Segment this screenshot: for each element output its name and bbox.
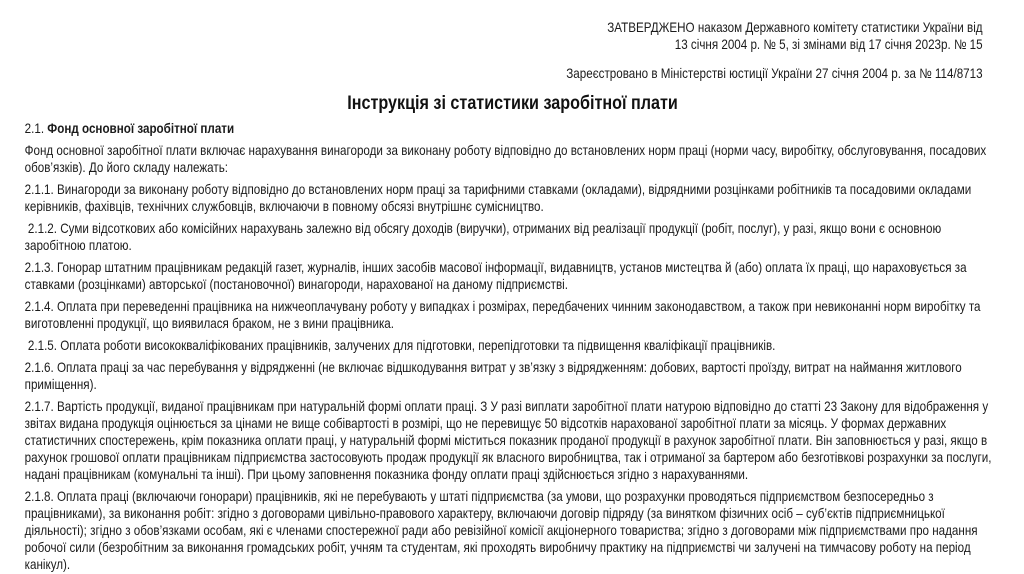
paragraph-intro: Фонд основної заробітної плати включає н…: [25, 142, 1001, 176]
document-title: Інструкція зі статистики заробітної плат…: [25, 92, 1001, 115]
paragraph-2-1-2: 2.1.2. Суми відсоткових або комісійних н…: [25, 220, 1001, 254]
section-number: 2.1.: [25, 121, 44, 136]
section-heading: 2.1. Фонд основної заробітної плати: [25, 120, 1001, 137]
page-content: ЗАТВЕРДЖЕНО наказом Державного комітету …: [0, 0, 1024, 573]
document-header: ЗАТВЕРДЖЕНО наказом Державного комітету …: [25, 19, 1001, 53]
paragraph-2-1-4: 2.1.4. Оплата при переведенні працівника…: [25, 298, 1001, 332]
approval-line-1: ЗАТВЕРДЖЕНО наказом Державного комітету …: [25, 19, 983, 36]
paragraph-2-1-6: 2.1.6. Оплата праці за час перебування у…: [25, 359, 1001, 393]
approval-block: ЗАТВЕРДЖЕНО наказом Державного комітету …: [25, 19, 983, 53]
document-page: ЗАТВЕРДЖЕНО наказом Державного комітету …: [0, 0, 1024, 573]
paragraph-2-1-7: 2.1.7. Вартість продукції, виданої праці…: [25, 398, 1001, 483]
paragraph-2-1-8: 2.1.8. Оплата праці (включаючи гонорари)…: [25, 488, 1001, 573]
paragraph-2-1-5: 2.1.5. Оплата роботи висококваліфіковани…: [25, 337, 1001, 354]
paragraph-2-1-3: 2.1.3. Гонорар штатним працівникам редак…: [25, 259, 1001, 293]
document-body: 2.1. Фонд основної заробітної плати Фонд…: [25, 120, 1001, 573]
registration-line: Зареєстровано в Міністерстві юстиції Укр…: [25, 65, 1001, 82]
section-title: Фонд основної заробітної плати: [47, 121, 234, 136]
approval-line-2: 13 січня 2004 р. № 5, зі змінами від 17 …: [25, 36, 983, 53]
paragraph-2-1-1: 2.1.1. Винагороди за виконану роботу від…: [25, 181, 1001, 215]
